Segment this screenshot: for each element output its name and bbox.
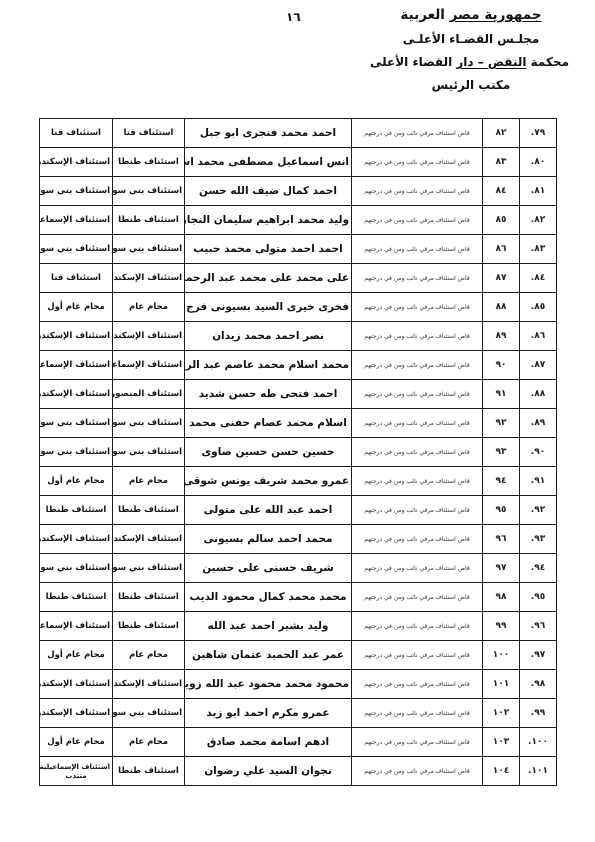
seniority-number-cell: ٩٥ <box>483 496 520 525</box>
assigned-court-cell: استئناف الإسماعيلية <box>40 351 113 380</box>
assigned-court-label: استئناف بني سويف <box>42 244 110 254</box>
judge-name-cell: ادهم اسامة محمد صادق <box>185 728 352 757</box>
judge-name-cell: محمد اسلام محمد عاصم عبد الرحمن <box>185 351 352 380</box>
rank-description-cell: قاض استئناف مرقي نائب ومن في درجتهم <box>352 409 483 438</box>
table-row: ٩٧. ١٠٠ قاض استئناف مرقي نائب ومن في درج… <box>40 641 557 670</box>
judges-roster-table: ٧٩. ٨٢ قاض استئناف مرقي نائب ومن في درجت… <box>39 118 557 786</box>
assigned-court-cell: محام عام أول <box>40 728 113 757</box>
current-court-cell: استئناف الإسكندرية <box>113 670 185 699</box>
current-court-cell: استئناف المنصورة <box>113 380 185 409</box>
serial-number-cell: ١٠١. <box>520 757 557 786</box>
judge-name-cell: احمد فتحى طه حسن شديد <box>185 380 352 409</box>
header-line-court: محكمة النقض – دار القضاء الأعلى <box>373 55 569 69</box>
header-line-council: مجلـس القضـاء الأعلـى <box>373 32 569 46</box>
table-row: ٨٣. ٨٦ قاض استئناف مرقي نائب ومن في درجت… <box>40 235 557 264</box>
assigned-court-cell: استئناف طنطا <box>40 583 113 612</box>
org-title-underlined: جمهورية مصر <box>450 7 542 23</box>
table-row: ٩١. ٩٤ قاض استئناف مرقي نائب ومن في درجت… <box>40 467 557 496</box>
assigned-court-label: استئناف طنطا <box>42 505 110 515</box>
current-court-cell: استئناف الإسكندرية <box>113 525 185 554</box>
current-court-cell: استئناف بني سويف <box>113 409 185 438</box>
judge-name-cell: اسلام محمد عصام حفنى محمد <box>185 409 352 438</box>
current-court-cell: محام عام <box>113 728 185 757</box>
serial-number-cell: ٩٨. <box>520 670 557 699</box>
current-court-cell: محام عام <box>113 293 185 322</box>
judge-name-cell: انس اسماعيل مصطفى محمد اسماعيل <box>185 148 352 177</box>
assigned-court-cell: استئناف الإسكندرية <box>40 670 113 699</box>
judge-name-cell: احمد عبد الله على متولى <box>185 496 352 525</box>
assigned-court-cell: استئناف طنطا <box>40 496 113 525</box>
serial-number-cell: ٨٣. <box>520 235 557 264</box>
assigned-court-cell: محام عام أول <box>40 467 113 496</box>
rank-description-cell: قاض استئناف مرقي نائب ومن في درجتهم <box>352 235 483 264</box>
serial-number-cell: ٨٢. <box>520 206 557 235</box>
judge-name-cell: فخرى خيرى السيد بسيونى فرج <box>185 293 352 322</box>
serial-number-cell: ٩٥. <box>520 583 557 612</box>
judge-name-cell: عمرو مكرم احمد ابو زيد <box>185 699 352 728</box>
judge-name-cell: حسين حسن حسين صاوى <box>185 438 352 467</box>
current-court-cell: استئناف قنا <box>113 119 185 148</box>
table-row: ١٠١. ١٠٤ قاض استئناف مرقي نائب ومن في در… <box>40 757 557 786</box>
assigned-court-cell: استئناف الإسكندرية <box>40 148 113 177</box>
seniority-number-cell: ٩١ <box>483 380 520 409</box>
seniority-number-cell: ٩٠ <box>483 351 520 380</box>
seniority-number-cell: ٩٣ <box>483 438 520 467</box>
assigned-court-cell: استئناف قنا <box>40 264 113 293</box>
assigned-court-label: محام عام أول <box>42 476 110 486</box>
assigned-court-cell: استئناف الإسكندرية <box>40 322 113 351</box>
seniority-number-cell: ٨٨ <box>483 293 520 322</box>
assigned-court-cell: استئناف بني سويف <box>40 177 113 206</box>
seniority-number-cell: ١٠٢ <box>483 699 520 728</box>
serial-number-cell: ٨٦. <box>520 322 557 351</box>
assigned-court-label: محام عام أول <box>42 650 110 660</box>
judge-name-cell: على محمد على محمد عبد الرحمن <box>185 264 352 293</box>
judge-name-cell: احمد محمد فنجرى ابو جبل <box>185 119 352 148</box>
judge-name-cell: شريف حسنى على حسين <box>185 554 352 583</box>
assigned-court-label: استئناف الإسماعيلية <box>42 763 110 771</box>
seniority-number-cell: ٩٤ <box>483 467 520 496</box>
seniority-number-cell: ١٠٠ <box>483 641 520 670</box>
serial-number-cell: ٩٤. <box>520 554 557 583</box>
assigned-court-label: استئناف قنا <box>42 128 110 138</box>
assigned-court-label: استئناف الإسكندرية <box>42 157 110 167</box>
assigned-court-cell: استئناف بني سويف <box>40 438 113 467</box>
table-row: ٨٤. ٨٧ قاض استئناف مرقي نائب ومن في درجت… <box>40 264 557 293</box>
assigned-court-label: استئناف طنطا <box>42 592 110 602</box>
assigned-court-cell: استئناف بني سويف <box>40 409 113 438</box>
current-court-cell: استئناف بني سويف <box>113 699 185 728</box>
assigned-court-cell: استئناف الإسماعيلية <box>40 206 113 235</box>
rank-description-cell: قاض استئناف مرقي نائب ومن في درجتهم <box>352 322 483 351</box>
assigned-court-label: استئناف قنا <box>42 273 110 283</box>
table-row: ٩٥. ٩٨ قاض استئناف مرقي نائب ومن في درجت… <box>40 583 557 612</box>
table-row: ٨٠. ٨٣ قاض استئناف مرقي نائب ومن في درجت… <box>40 148 557 177</box>
assigned-court-label: استئناف الإسكندرية <box>42 534 110 544</box>
assigned-court-cell: استئناف قنا <box>40 119 113 148</box>
rank-description-cell: قاض استئناف مرقي نائب ومن في درجتهم <box>352 583 483 612</box>
judge-name-cell: نصر احمد محمد زيدان <box>185 322 352 351</box>
judge-name-cell: محمد احمد سالم بسيونى <box>185 525 352 554</box>
rank-description-cell: قاض استئناف مرقي نائب ومن في درجتهم <box>352 380 483 409</box>
table-row: ٧٩. ٨٢ قاض استئناف مرقي نائب ومن في درجت… <box>40 119 557 148</box>
org-title-rest: العربية <box>400 7 449 23</box>
table-row: ٨٥. ٨٨ قاض استئناف مرقي نائب ومن في درجت… <box>40 293 557 322</box>
secondment-note: منتدب <box>42 772 110 780</box>
judge-name-cell: احمد احمد متولى محمد حبيب <box>185 235 352 264</box>
judge-name-cell: احمد كمال ضيف الله حسن <box>185 177 352 206</box>
assigned-court-label: استئناف الإسكندرية <box>42 389 110 399</box>
assigned-court-cell: استئناف بني سويف <box>40 554 113 583</box>
judge-name-cell: نجوان السيد علي رضوان <box>185 757 352 786</box>
rank-description-cell: قاض استئناف مرقي نائب ومن في درجتهم <box>352 612 483 641</box>
seniority-number-cell: ٨٤ <box>483 177 520 206</box>
current-court-cell: استئناف طنطا <box>113 496 185 525</box>
seniority-number-cell: ١٠١ <box>483 670 520 699</box>
judge-name-cell: محمود محمد محمود عبد الله زويل <box>185 670 352 699</box>
table-row: ٩٢. ٩٥ قاض استئناف مرقي نائب ومن في درجت… <box>40 496 557 525</box>
seniority-number-cell: ٨٥ <box>483 206 520 235</box>
table-row: ٨٢. ٨٥ قاض استئناف مرقي نائب ومن في درجت… <box>40 206 557 235</box>
assigned-court-cell: استئناف الإسكندرية <box>40 699 113 728</box>
assigned-court-cell: استئناف الإسكندرية <box>40 380 113 409</box>
assigned-court-label: استئناف بني سويف <box>42 418 110 428</box>
court-line-prefix: محكمة <box>526 55 569 69</box>
rank-description-cell: قاض استئناف مرقي نائب ومن في درجتهم <box>352 177 483 206</box>
table-row: ٩٨. ١٠١ قاض استئناف مرقي نائب ومن في درج… <box>40 670 557 699</box>
judge-name-cell: محمد محمد كمال محمود الديب <box>185 583 352 612</box>
table-row: ٨٦. ٨٩ قاض استئناف مرقي نائب ومن في درجت… <box>40 322 557 351</box>
seniority-number-cell: ٩٦ <box>483 525 520 554</box>
roster-body: ٧٩. ٨٢ قاض استئناف مرقي نائب ومن في درجت… <box>40 119 557 786</box>
serial-number-cell: ٩٢. <box>520 496 557 525</box>
table-row: ٨٨. ٩١ قاض استئناف مرقي نائب ومن في درجت… <box>40 380 557 409</box>
table-row: ٩٠. ٩٣ قاض استئناف مرقي نائب ومن في درجت… <box>40 438 557 467</box>
rank-description-cell: قاض استئناف مرقي نائب ومن في درجتهم <box>352 641 483 670</box>
assigned-court-label: استئناف الإسكندرية <box>42 708 110 718</box>
rank-description-cell: قاض استئناف مرقي نائب ومن في درجتهم <box>352 670 483 699</box>
seniority-number-cell: ٩٢ <box>483 409 520 438</box>
assigned-court-cell: استئناف الإسماعيلية منتدب <box>40 757 113 786</box>
rank-description-cell: قاض استئناف مرقي نائب ومن في درجتهم <box>352 496 483 525</box>
judge-name-cell: وليد بشير احمد عبد الله <box>185 612 352 641</box>
assigned-court-cell: استئناف الإسكندرية <box>40 525 113 554</box>
rank-description-cell: قاض استئناف مرقي نائب ومن في درجتهم <box>352 148 483 177</box>
judge-name-cell: عمرو محمد شريف يونس شوقى على <box>185 467 352 496</box>
seniority-number-cell: ٩٨ <box>483 583 520 612</box>
serial-number-cell: ١٠٠. <box>520 728 557 757</box>
seniority-number-cell: ١٠٤ <box>483 757 520 786</box>
table-row: ٩٣. ٩٦ قاض استئناف مرقي نائب ومن في درجت… <box>40 525 557 554</box>
current-court-cell: استئناف طنطا <box>113 206 185 235</box>
serial-number-cell: ٩٠. <box>520 438 557 467</box>
rank-description-cell: قاض استئناف مرقي نائب ومن في درجتهم <box>352 554 483 583</box>
current-court-cell: استئناف طنطا <box>113 148 185 177</box>
serial-number-cell: ٩٧. <box>520 641 557 670</box>
document-page: ١٦ جمهورية مصر العربية مجلـس القضـاء الأ… <box>0 0 595 842</box>
table-row: ١٠٠. ١٠٣ قاض استئناف مرقي نائب ومن في در… <box>40 728 557 757</box>
seniority-number-cell: ٨٣ <box>483 148 520 177</box>
seniority-number-cell: ٨٦ <box>483 235 520 264</box>
table-row: ٨١. ٨٤ قاض استئناف مرقي نائب ومن في درجت… <box>40 177 557 206</box>
judge-name-cell: وليد محمد ابراهيم سليمان النجار <box>185 206 352 235</box>
current-court-cell: محام عام <box>113 467 185 496</box>
assigned-court-label: استئناف الإسماعيلية <box>42 215 110 225</box>
court-line-underlined: النقض – دار <box>456 55 526 69</box>
judge-name-cell: عمر عبد الحميد عثمان شاهين <box>185 641 352 670</box>
current-court-cell: استئناف طنطا <box>113 583 185 612</box>
current-court-cell: استئناف بني سويف <box>113 177 185 206</box>
current-court-cell: استئناف بني سويف <box>113 438 185 467</box>
org-title: جمهورية مصر العربية <box>373 7 569 23</box>
assigned-court-cell: استئناف الإسماعيلية <box>40 612 113 641</box>
serial-number-cell: ٩٦. <box>520 612 557 641</box>
current-court-cell: استئناف الإسكندرية <box>113 264 185 293</box>
seniority-number-cell: ٩٧ <box>483 554 520 583</box>
seniority-number-cell: ٩٩ <box>483 612 520 641</box>
header-line-office: مكتب الرئيس <box>373 78 569 92</box>
seniority-number-cell: ٨٢ <box>483 119 520 148</box>
current-court-cell: استئناف طنطا <box>113 612 185 641</box>
assigned-court-label: استئناف بني سويف <box>42 447 110 457</box>
assigned-court-label: استئناف الإسماعيلية <box>42 621 110 631</box>
assigned-court-label: استئناف بني سويف <box>42 186 110 196</box>
serial-number-cell: ٨٩. <box>520 409 557 438</box>
serial-number-cell: ٨٤. <box>520 264 557 293</box>
serial-number-cell: ٧٩. <box>520 119 557 148</box>
assigned-court-cell: استئناف بني سويف <box>40 235 113 264</box>
current-court-cell: استئناف الإسكندرية <box>113 322 185 351</box>
header: جمهورية مصر العربية مجلـس القضـاء الأعلـ… <box>373 7 569 92</box>
assigned-court-label: محام عام أول <box>42 737 110 747</box>
rank-description-cell: قاض استئناف مرقي نائب ومن في درجتهم <box>352 525 483 554</box>
assigned-court-label: استئناف الإسكندرية <box>42 331 110 341</box>
table-row: ٨٩. ٩٢ قاض استئناف مرقي نائب ومن في درجت… <box>40 409 557 438</box>
current-court-cell: محام عام <box>113 641 185 670</box>
serial-number-cell: ٩٣. <box>520 525 557 554</box>
assigned-court-label: استئناف الإسماعيلية <box>42 360 110 370</box>
current-court-cell: استئناف طنطا <box>113 757 185 786</box>
rank-description-cell: قاض استئناف مرقي نائب ومن في درجتهم <box>352 351 483 380</box>
rank-description-cell: قاض استئناف مرقي نائب ومن في درجتهم <box>352 438 483 467</box>
assigned-court-cell: محام عام أول <box>40 641 113 670</box>
seniority-number-cell: ١٠٣ <box>483 728 520 757</box>
assigned-court-label: استئناف الإسكندرية <box>42 679 110 689</box>
rank-description-cell: قاض استئناف مرقي نائب ومن في درجتهم <box>352 119 483 148</box>
serial-number-cell: ٩٩. <box>520 699 557 728</box>
serial-number-cell: ٨٨. <box>520 380 557 409</box>
serial-number-cell: ٨٥. <box>520 293 557 322</box>
assigned-court-cell: محام عام أول <box>40 293 113 322</box>
current-court-cell: استئناف بني سويف <box>113 554 185 583</box>
rank-description-cell: قاض استئناف مرقي نائب ومن في درجتهم <box>352 757 483 786</box>
table-row: ٩٦. ٩٩ قاض استئناف مرقي نائب ومن في درجت… <box>40 612 557 641</box>
page-number: ١٦ <box>286 10 301 24</box>
rank-description-cell: قاض استئناف مرقي نائب ومن في درجتهم <box>352 264 483 293</box>
serial-number-cell: ٨٠. <box>520 148 557 177</box>
assigned-court-label: استئناف بني سويف <box>42 563 110 573</box>
serial-number-cell: ٨٧. <box>520 351 557 380</box>
court-line-suffix: القضاء الأعلى <box>370 55 456 69</box>
serial-number-cell: ٩١. <box>520 467 557 496</box>
serial-number-cell: ٨١. <box>520 177 557 206</box>
rank-description-cell: قاض استئناف مرقي نائب ومن في درجتهم <box>352 699 483 728</box>
seniority-number-cell: ٨٩ <box>483 322 520 351</box>
seniority-number-cell: ٨٧ <box>483 264 520 293</box>
table-row: ٩٤. ٩٧ قاض استئناف مرقي نائب ومن في درجت… <box>40 554 557 583</box>
rank-description-cell: قاض استئناف مرقي نائب ومن في درجتهم <box>352 293 483 322</box>
rank-description-cell: قاض استئناف مرقي نائب ومن في درجتهم <box>352 467 483 496</box>
current-court-cell: استئناف بني سويف <box>113 235 185 264</box>
current-court-cell: استئناف الإسماعيلية <box>113 351 185 380</box>
table-row: ٩٩. ١٠٢ قاض استئناف مرقي نائب ومن في درج… <box>40 699 557 728</box>
table-row: ٨٧. ٩٠ قاض استئناف مرقي نائب ومن في درجت… <box>40 351 557 380</box>
assigned-court-label: محام عام أول <box>42 302 110 312</box>
rank-description-cell: قاض استئناف مرقي نائب ومن في درجتهم <box>352 728 483 757</box>
rank-description-cell: قاض استئناف مرقي نائب ومن في درجتهم <box>352 206 483 235</box>
